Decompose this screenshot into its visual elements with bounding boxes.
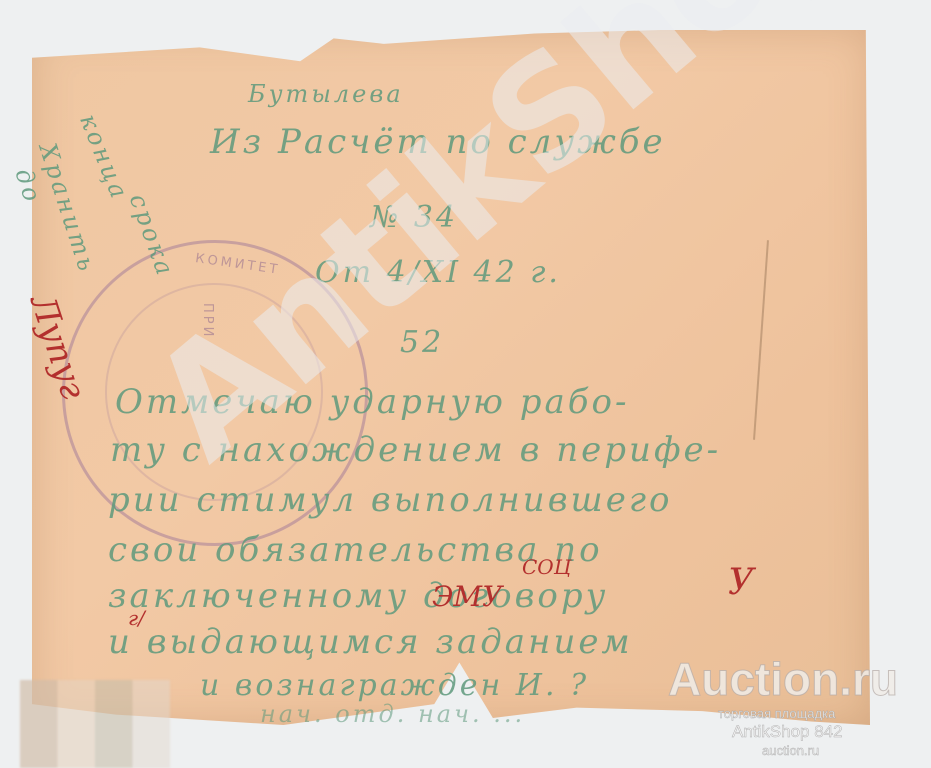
- body-line-7: и вознагражден И. ?: [200, 668, 589, 703]
- auction-logo-watermark: Auction.ru: [668, 652, 898, 706]
- body-line-3: рии стимул выполнившего: [108, 480, 672, 520]
- recipient-line: Бутылева: [248, 80, 404, 108]
- red-correction-emu: ЭМУ: [432, 580, 502, 613]
- watermark-subtitle: торговая площадка: [718, 706, 835, 721]
- watermark-shop: AntikShop 842: [732, 722, 843, 742]
- body-line-8: нач. отд. нач. ...: [260, 700, 525, 728]
- body-line-5: заключенному договору: [108, 576, 608, 616]
- body-line-6: и выдающимся заданием: [108, 622, 633, 662]
- red-correction-sots: СОЦ: [522, 555, 571, 579]
- red-correction-u: У: [728, 562, 754, 603]
- watermark-site: auction.ru: [762, 743, 819, 758]
- red-correction-g: г/: [128, 606, 145, 630]
- pixelated-blur-area: [20, 680, 170, 768]
